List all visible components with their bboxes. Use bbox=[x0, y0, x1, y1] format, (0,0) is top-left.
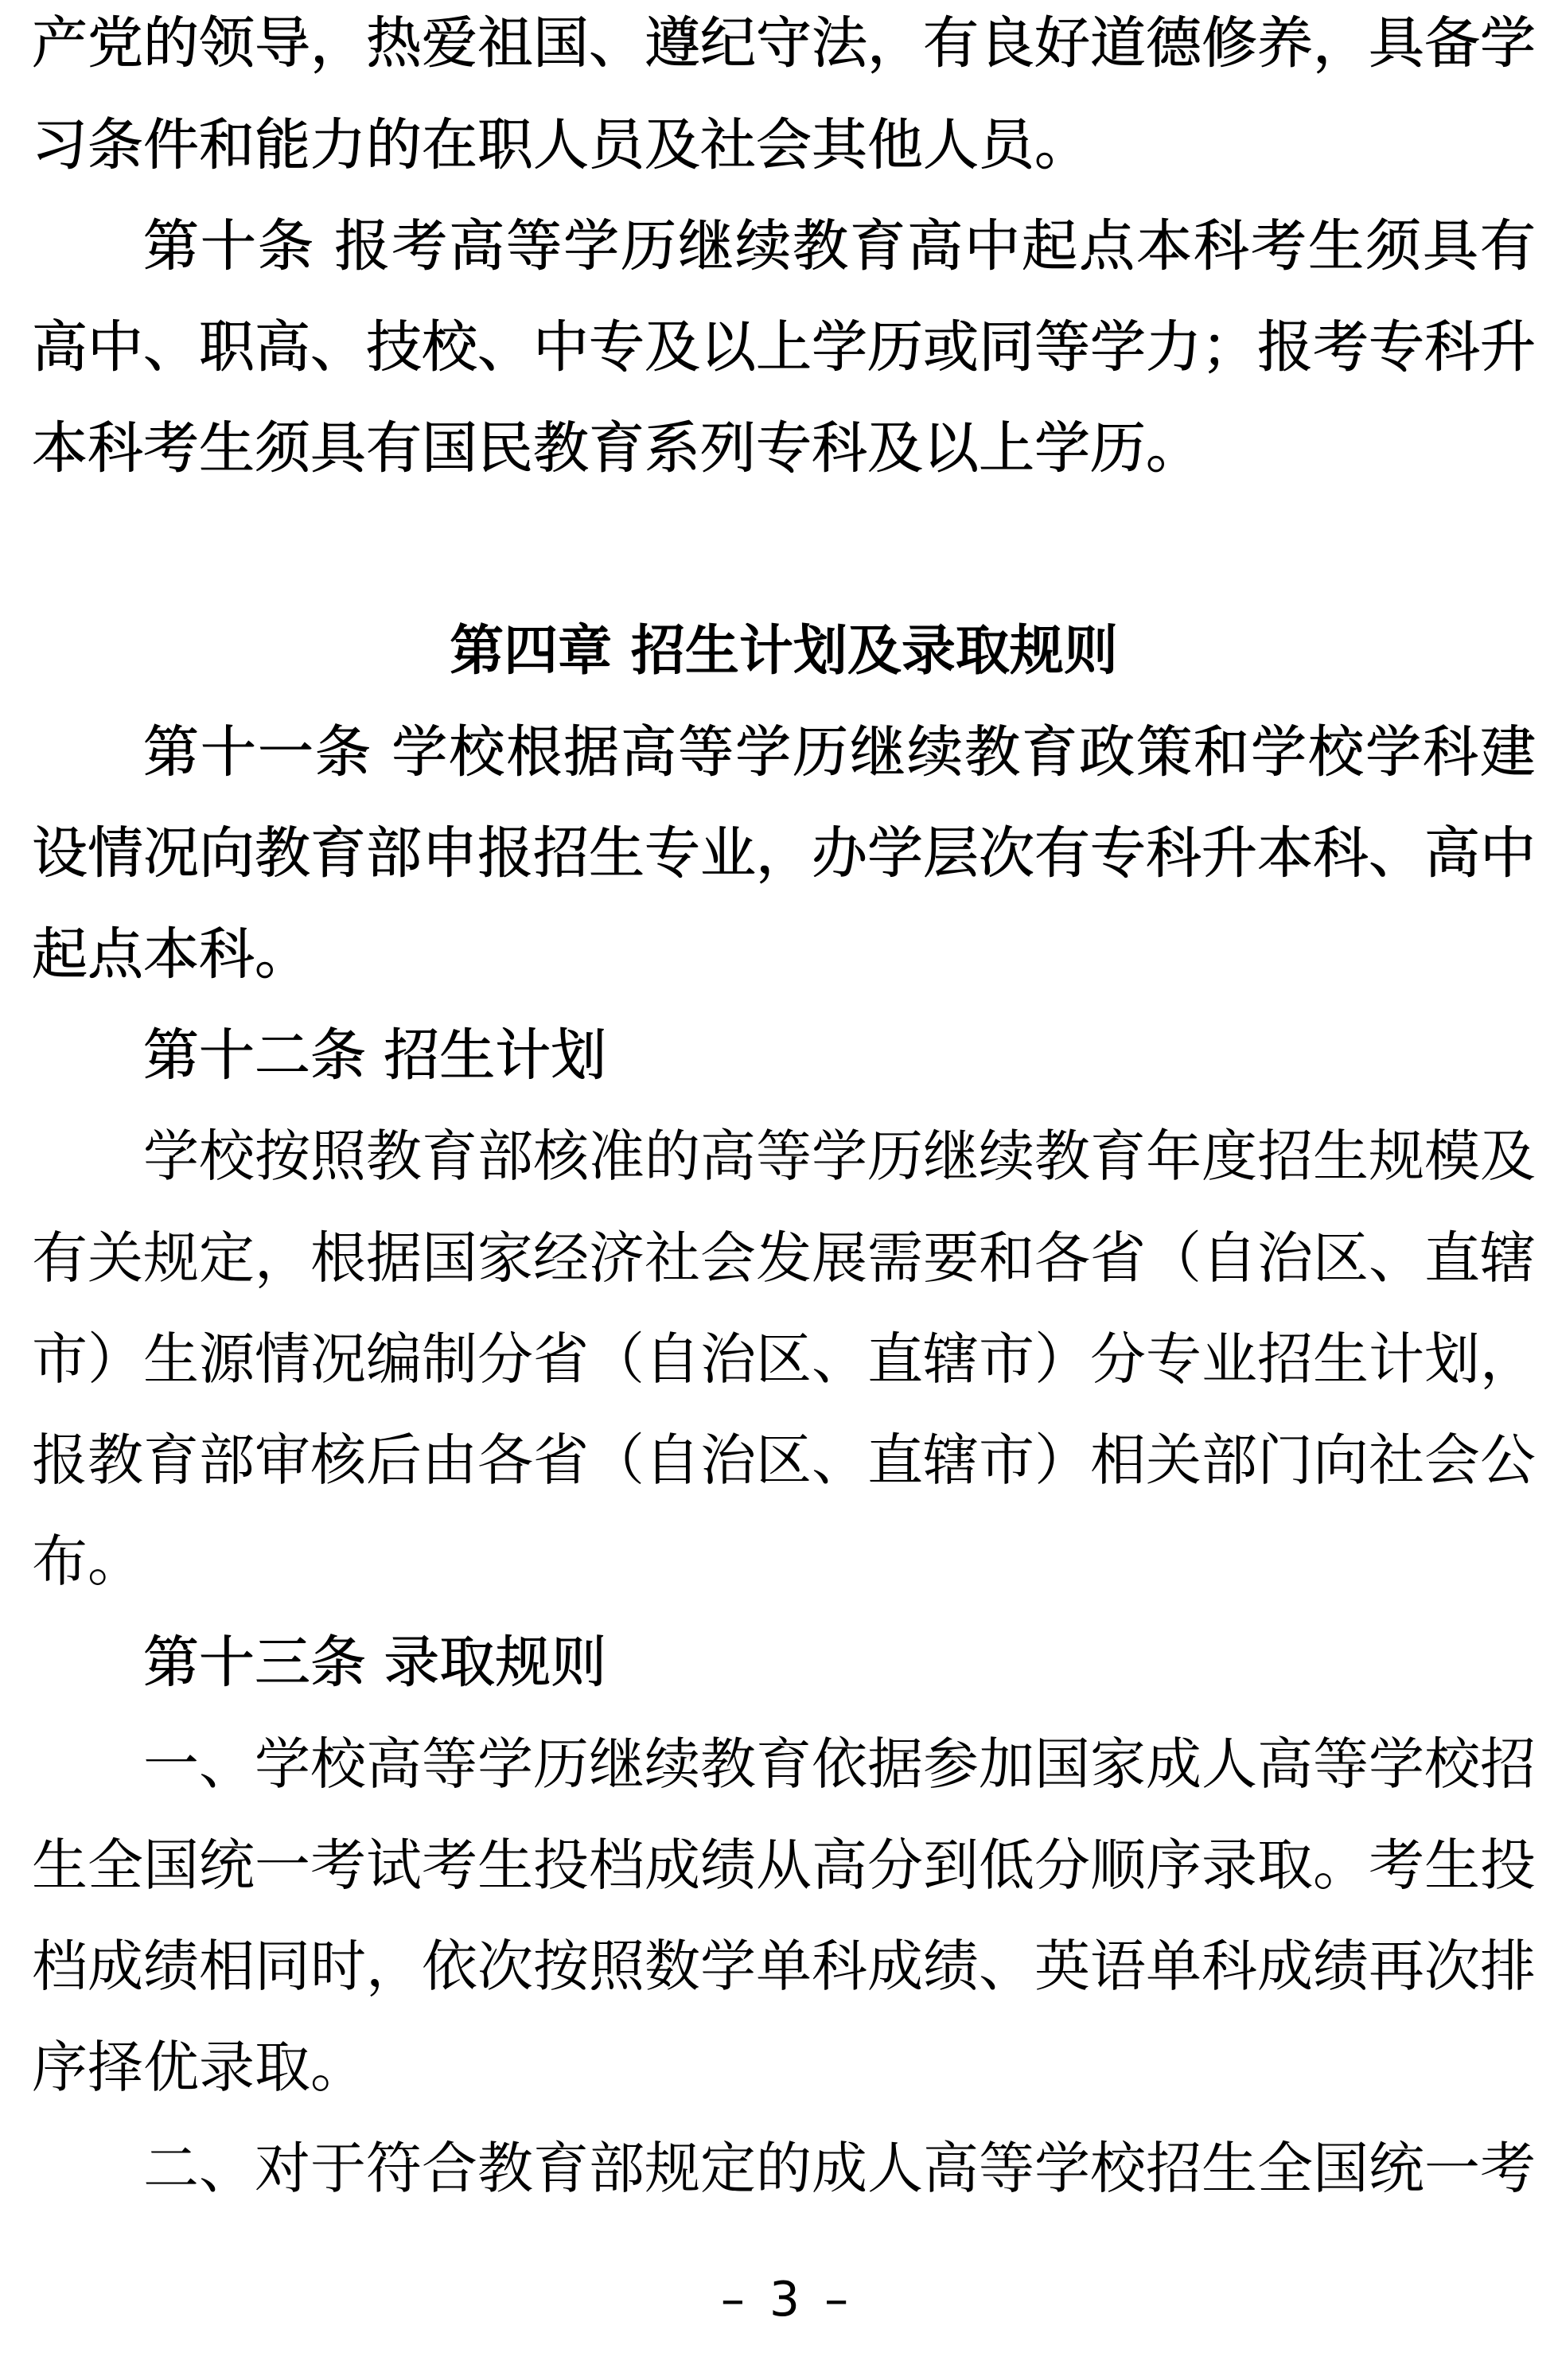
article-title: 录取规则 bbox=[384, 1630, 606, 1695]
document-page: 产党的领导，热爱祖国、遵纪守法，有良好道德修养，具备学 习条件和能力的在职人员及… bbox=[32, 0, 1536, 2220]
text-line: 有关规定，根据国家经济社会发展需要和各省（自治区、直辖 bbox=[32, 1208, 1536, 1309]
text-line: 产党的领导，热爱祖国、遵纪守法，有良好道德修养，具备学 bbox=[32, 0, 1536, 95]
text-line: 生全国统一考试考生投档成绩从高分到低分顺序录取。考生投 bbox=[32, 1815, 1536, 1916]
text-line: 第十一条 学校根据高等学历继续教育政策和学校学科建 bbox=[32, 702, 1536, 803]
article-11: 第十一条 学校根据高等学历继续教育政策和学校学科建 设情况向教育部申报招生专业，… bbox=[32, 702, 1536, 1006]
article-13: 第十三条 录取规则 一、学校高等学历继续教育依据参加国家成人高等学校招 生全国统… bbox=[32, 1612, 1536, 2219]
article-9-continued: 产党的领导，热爱祖国、遵纪守法，有良好道德修养，具备学 习条件和能力的在职人员及… bbox=[32, 0, 1536, 196]
text-line: 设情况向教育部申报招生专业，办学层次有专科升本科、高中 bbox=[32, 803, 1536, 904]
article-label: 第十二条 bbox=[143, 1023, 366, 1088]
page-number: – 3 – bbox=[691, 2266, 882, 2333]
article-heading: 第十三条 录取规则 bbox=[32, 1612, 1536, 1713]
text-line: 习条件和能力的在职人员及社会其他人员。 bbox=[32, 95, 1536, 196]
text-line: 高中、职高、技校、中专及以上学历或同等学力；报考专科升 bbox=[32, 297, 1536, 398]
article-title: 招生计划 bbox=[384, 1023, 606, 1088]
text-line: 二、对于符合教育部规定的成人高等学校招生全国统一考 bbox=[32, 2118, 1536, 2219]
text-line: 学校按照教育部核准的高等学历继续教育年度招生规模及 bbox=[32, 1106, 1536, 1207]
text-line: 一、学校高等学历继续教育依据参加国家成人高等学校招 bbox=[32, 1714, 1536, 1815]
text-line: 布。 bbox=[32, 1511, 1536, 1612]
article-heading: 第十二条 招生计划 bbox=[32, 1005, 1536, 1106]
article-text: 学校根据高等学历继续教育政策和学校学科建 bbox=[391, 719, 1536, 785]
chapter-heading: 第四章 招生计划及录取规则 bbox=[32, 601, 1536, 702]
article-10: 第十条 报考高等学历继续教育高中起点本科考生须具有 高中、职高、技校、中专及以上… bbox=[32, 196, 1536, 500]
article-12: 第十二条 招生计划 学校按照教育部核准的高等学历继续教育年度招生规模及 有关规定… bbox=[32, 1005, 1536, 1612]
text-line: 起点本科。 bbox=[32, 904, 1536, 1005]
text-line: 序择优录取。 bbox=[32, 2017, 1536, 2118]
text-line: 本科考生须具有国民教育系列专科及以上学历。 bbox=[32, 398, 1536, 499]
article-label: 第十三条 bbox=[143, 1630, 366, 1695]
text-line: 档成绩相同时，依次按照数学单科成绩、英语单科成绩再次排 bbox=[32, 1916, 1536, 2017]
article-label: 第十条 bbox=[143, 213, 315, 279]
article-text: 报考高等学历继续教育高中起点本科考生须具有 bbox=[334, 213, 1536, 279]
text-line: 市）生源情况编制分省（自治区、直辖市）分专业招生计划， bbox=[32, 1309, 1536, 1410]
article-label: 第十一条 bbox=[143, 719, 372, 785]
text-line: 报教育部审核后由各省（自治区、直辖市）相关部门向社会公 bbox=[32, 1410, 1536, 1511]
article-item-2: 二、对于符合教育部规定的成人高等学校招生全国统一考 bbox=[32, 2118, 1536, 2219]
article-item-1: 一、学校高等学历继续教育依据参加国家成人高等学校招 生全国统一考试考生投档成绩从… bbox=[32, 1714, 1536, 2119]
text-line: 第十条 报考高等学历继续教育高中起点本科考生须具有 bbox=[32, 196, 1536, 297]
blank-line bbox=[32, 499, 1536, 600]
